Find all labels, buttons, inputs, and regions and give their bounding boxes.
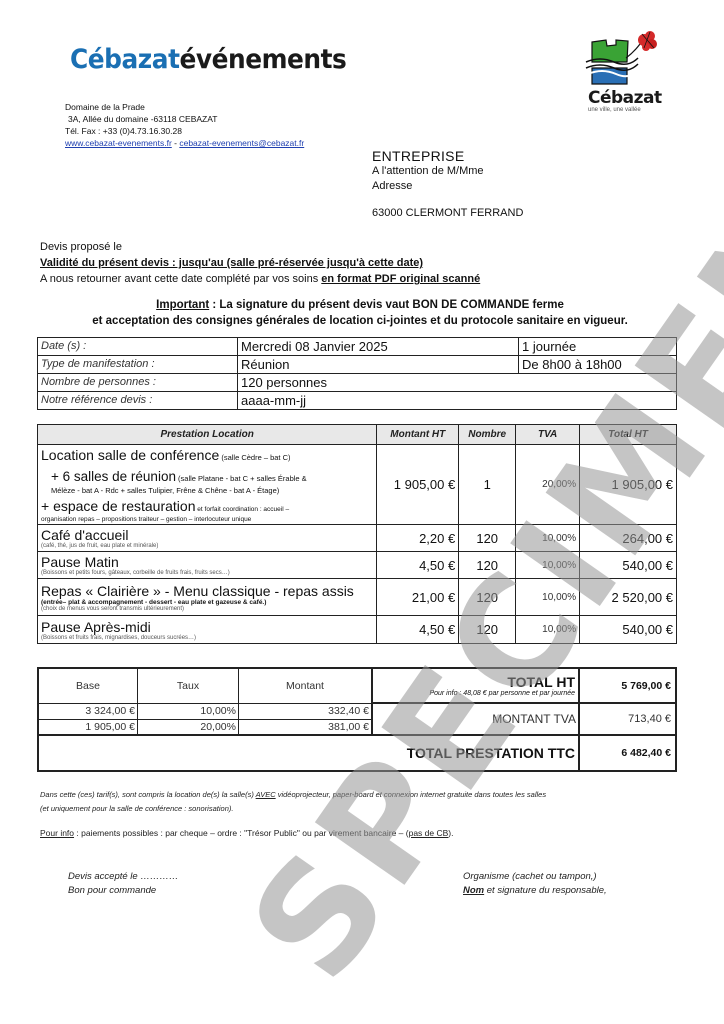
service-vat: 20,00% xyxy=(516,445,580,525)
quote-intro: Devis proposé le Validité du présent dev… xyxy=(40,239,480,287)
service-note: (salle Platane - bat C + salles Érable & xyxy=(176,474,307,483)
city-logo-tagline: une ville, une vallée xyxy=(588,107,641,113)
services-header-row: Prestation Location Montant HT Nombre TV… xyxy=(38,425,677,445)
payment-end: ). xyxy=(448,828,453,838)
service-quantity: 120 xyxy=(459,616,516,644)
info-label: Date (s) : xyxy=(38,338,238,356)
service-note: (entrée– plat & accompagnement - dessert… xyxy=(41,599,373,606)
quote-proposed-date: Devis proposé le xyxy=(40,239,480,255)
accepted-date: Devis accepté le ………… xyxy=(68,870,178,884)
vat-total-label: MONTANT TVA xyxy=(372,703,579,735)
info-label: Nombre de personnes : xyxy=(38,374,238,392)
website-link[interactable]: www.cebazat-evenements.fr xyxy=(65,138,172,148)
name-label: Nom xyxy=(463,885,484,896)
client-signature-block: Devis accepté le ………… Bon pour commande xyxy=(68,870,178,898)
info-row-reference: Notre référence devis : aaaa-mm-jj xyxy=(38,392,677,410)
email-link[interactable]: cebazat-evenements@cebazat.fr xyxy=(179,138,304,148)
service-note: (Boissons et fruits frais, mignardises, … xyxy=(41,635,373,641)
service-subtitle: + espace de restauration xyxy=(41,498,196,514)
info-row-date: Date (s) : Mercredi 08 Janvier 2025 1 jo… xyxy=(38,338,677,356)
service-quantity: 120 xyxy=(459,525,516,552)
service-vat: 10,00% xyxy=(516,616,580,644)
col-tva: TVA xyxy=(516,425,580,445)
service-quantity: 1 xyxy=(459,445,516,525)
payment-text: : paiements possibles : par cheque – ord… xyxy=(74,828,409,838)
col-total: Total HT xyxy=(580,425,677,445)
col-base: Base xyxy=(38,668,138,703)
info-row-persons: Nombre de personnes : 120 personnes xyxy=(38,374,677,392)
service-description: Pause Matin (Boissons et petits fours, g… xyxy=(38,552,377,579)
service-row: Café d'accueil (café, thé, jus de fruit,… xyxy=(38,525,677,552)
city-emblem-icon xyxy=(580,28,670,90)
service-quantity: 120 xyxy=(459,579,516,616)
service-description: Repas « Clairière » - Menu classique - r… xyxy=(38,579,377,616)
recipient-attention: A l'attention de M/Mme xyxy=(372,164,523,179)
address-phone: Tél. Fax : +33 (0)4.73.16.30.28 xyxy=(65,125,304,137)
included-notes: Dans cette (ces) tarif(s), sont compris … xyxy=(40,788,546,815)
info-value: 120 personnes xyxy=(238,374,677,392)
service-title: Pause Après-midi xyxy=(41,619,373,635)
service-amount: 1 905,00 € xyxy=(377,445,459,525)
col-prestation: Prestation Location xyxy=(38,425,377,445)
service-title: Repas « Clairière » - Menu classique - r… xyxy=(41,583,373,599)
service-note: (choix de menus vous seront transmis ult… xyxy=(41,606,373,612)
service-title: Pause Matin xyxy=(41,554,373,570)
sender-address: Domaine de la Prade 3A, Allée du domaine… xyxy=(65,101,304,149)
vat-base: 3 324,00 € xyxy=(38,703,138,719)
vat-row: 3 324,00 € 10,00% 332,40 € MONTANT TVA 7… xyxy=(38,703,676,719)
info-value: Mercredi 08 Janvier 2025 xyxy=(238,338,519,356)
service-subtitle: + 6 salles de réunion xyxy=(51,469,176,484)
service-vat: 10,00% xyxy=(516,579,580,616)
payment-label: Pour info xyxy=(40,828,74,838)
service-vat: 10,00% xyxy=(516,525,580,552)
col-taux: Taux xyxy=(138,668,239,703)
info-value: aaaa-mm-jj xyxy=(238,392,677,410)
service-total: 1 905,00 € xyxy=(580,445,677,525)
payment-info: Pour info : paiements possibles : par ch… xyxy=(40,828,454,838)
service-vat: 10,00% xyxy=(516,552,580,579)
info-label: Type de manifestation : xyxy=(38,356,238,374)
ttc-title: TOTAL PRESTATION TTC xyxy=(407,745,575,761)
service-amount: 2,20 € xyxy=(377,525,459,552)
col-montant: Montant xyxy=(239,668,373,703)
brand-part-1: Cébazat xyxy=(70,44,179,75)
important-line-1: : La signature du présent devis vaut BON… xyxy=(209,299,564,311)
service-row: Repas « Clairière » - Menu classique - r… xyxy=(38,579,677,616)
recipient-city: 63000 CLERMONT FERRAND xyxy=(372,206,523,221)
service-title: Café d'accueil xyxy=(41,527,373,543)
ttc-label: TOTAL PRESTATION TTC xyxy=(38,735,579,771)
city-logo-name: Cébazat xyxy=(588,88,662,108)
per-person-info: Pour info : 48,08 € par personne et par … xyxy=(374,690,575,697)
organism-signature-block: Organisme (cachet ou tampon,) Nom et sig… xyxy=(463,870,607,898)
vat-rate: 20,00% xyxy=(138,719,239,735)
note-text: vidéoprojecteur, paper-board et connexio… xyxy=(276,790,546,799)
service-note: (salle Cèdre – bat C) xyxy=(219,453,290,462)
note-text: (et uniquement pour la salle de conféren… xyxy=(40,802,546,816)
service-amount: 4,50 € xyxy=(377,616,459,644)
payment-no-card: pas de CB xyxy=(409,828,449,838)
col-montant: Montant HT xyxy=(377,425,459,445)
service-total: 2 520,00 € xyxy=(580,579,677,616)
return-format: en format PDF original scanné xyxy=(321,273,480,285)
vat-rate: 10,00% xyxy=(138,703,239,719)
col-nombre: Nombre xyxy=(459,425,516,445)
total-ht-label: TOTAL HT Pour info : 48,08 € par personn… xyxy=(372,668,579,703)
address-line-2: 3A, Allée du domaine -63118 CEBAZAT xyxy=(65,113,304,125)
recipient-block: ENTREPRISE A l'attention de M/Mme Adress… xyxy=(372,148,523,221)
info-label: Notre référence devis : xyxy=(38,392,238,410)
service-amount: 21,00 € xyxy=(377,579,459,616)
important-label: Important xyxy=(156,299,209,311)
service-total: 540,00 € xyxy=(580,552,677,579)
ttc-value: 6 482,40 € xyxy=(579,735,676,771)
service-note: (Boissons et petits fours, gâteaux, corb… xyxy=(41,570,373,576)
return-instructions: A nous retourner avant cette date complé… xyxy=(40,273,321,285)
total-ht-title: TOTAL HT xyxy=(374,674,575,690)
info-extra: 1 journée xyxy=(519,338,677,356)
total-ht-value: 5 769,00 € xyxy=(579,668,676,703)
brand-part-2: événements xyxy=(179,44,346,75)
service-total: 540,00 € xyxy=(580,616,677,644)
info-row-type: Type de manifestation : Réunion De 8h00 … xyxy=(38,356,677,374)
service-quantity: 120 xyxy=(459,552,516,579)
service-total: 264,00 € xyxy=(580,525,677,552)
ttc-row: TOTAL PRESTATION TTC 6 482,40 € xyxy=(38,735,676,771)
info-extra: De 8h00 à 18h00 xyxy=(519,356,677,374)
service-description: Pause Après-midi (Boissons et fruits fra… xyxy=(38,616,377,644)
service-row: Pause Après-midi (Boissons et fruits fra… xyxy=(38,616,677,644)
important-notice: Important : La signature du présent devi… xyxy=(40,297,680,329)
service-note: (café, thé, jus de fruit, eau plate et m… xyxy=(41,543,373,549)
services-table: Prestation Location Montant HT Nombre TV… xyxy=(37,424,677,644)
totals-table: Base Taux Montant TOTAL HT Pour info : 4… xyxy=(37,667,677,772)
service-title: Location salle de conférence xyxy=(41,447,219,463)
vat-total-value: 713,40 € xyxy=(579,703,676,735)
service-row-location: Location salle de conférence (salle Cèdr… xyxy=(38,445,677,525)
service-description: Café d'accueil (café, thé, jus de fruit,… xyxy=(38,525,377,552)
city-logo: Cébazat une ville, une vallée xyxy=(580,28,670,118)
event-info-table: Date (s) : Mercredi 08 Janvier 2025 1 jo… xyxy=(37,337,677,410)
info-value: Réunion xyxy=(238,356,519,374)
service-note: et forfait coordination : accueil – xyxy=(196,506,290,513)
service-amount: 4,50 € xyxy=(377,552,459,579)
service-description: Location salle de conférence (salle Cèdr… xyxy=(38,445,377,525)
signature-label: et signature du responsable, xyxy=(484,885,607,896)
recipient-address: Adresse xyxy=(372,179,523,194)
order-mention: Bon pour commande xyxy=(68,884,178,898)
vat-base: 1 905,00 € xyxy=(38,719,138,735)
recipient-company: ENTREPRISE xyxy=(372,148,523,164)
totals-header-row: Base Taux Montant TOTAL HT Pour info : 4… xyxy=(38,668,676,703)
service-note: organisation repas – propositions traite… xyxy=(41,516,373,523)
note-text: Dans cette (ces) tarif(s), sont compris … xyxy=(40,790,256,799)
quote-validity: Validité du présent devis : jusqu'au (sa… xyxy=(40,255,480,271)
organism-stamp: Organisme (cachet ou tampon,) xyxy=(463,870,607,884)
vat-amount: 381,00 € xyxy=(239,719,373,735)
important-line-2: et acceptation des consignes générales d… xyxy=(40,313,680,329)
note-avec: AVEC xyxy=(256,790,276,799)
service-row: Pause Matin (Boissons et petits fours, g… xyxy=(38,552,677,579)
brand-logo: Cébazatévénements xyxy=(70,44,346,75)
service-note: Mélèze - bat A - Rdc + salles Tulipier, … xyxy=(41,486,373,495)
address-line-1: Domaine de la Prade xyxy=(65,101,304,113)
vat-amount: 332,40 € xyxy=(239,703,373,719)
